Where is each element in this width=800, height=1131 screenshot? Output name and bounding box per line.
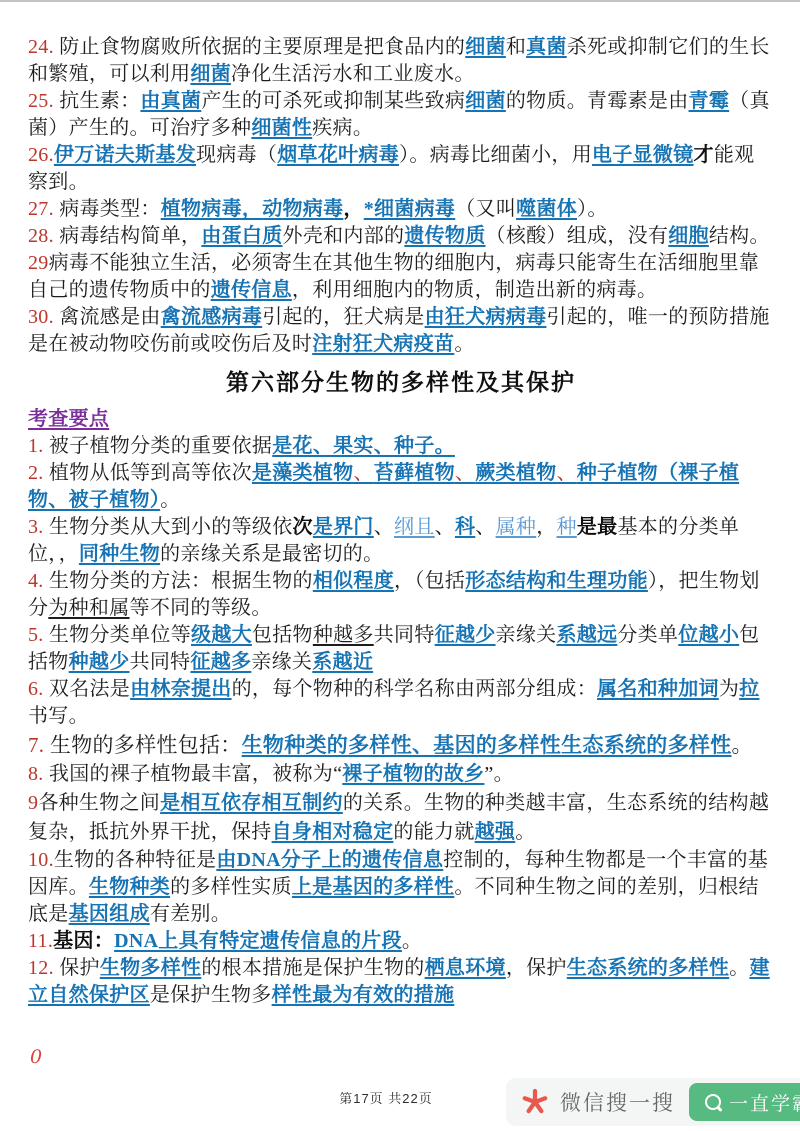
text-run: 伊万诺夫斯基发 (54, 144, 196, 166)
text-run: 细菌 (465, 36, 506, 58)
text-run: 。 (160, 489, 180, 511)
text-run: ）。 (577, 198, 608, 220)
text-run: 包括物 (252, 624, 313, 646)
text-run: 基因组成 (69, 903, 150, 925)
text-run: （核酸）组成，没有 (486, 225, 669, 247)
text-run: 生物分类从大到小的等级依 (49, 516, 293, 538)
wechat-search-watermark[interactable]: 微信搜一搜 一直学霸 (506, 1078, 800, 1126)
text-run: 11. (28, 930, 53, 952)
text-run: 、 (475, 516, 495, 538)
watermark-button-label: 一直学霸 (729, 1089, 800, 1116)
text-run: DNA上具有特定遗传信息的片段 (114, 930, 402, 952)
text-run: 由真菌 (140, 90, 201, 112)
text-run: 是界门 (313, 516, 374, 538)
item-12: 12. 保护生物多样性的根本措施是保护生物的栖息环境，保护生态系统的多样性。建立… (28, 955, 774, 1009)
item-2: 2. 植物从低等到高等依次是藻类植物、苔藓植物、蕨类植物、种子植物（裸子植物、被… (28, 460, 774, 514)
item-25: 25. 抗生素：由真菌产生的可杀死或抑制某些致病细菌的物质。青霉素是由青霉（真菌… (28, 88, 774, 142)
text-run: 书写。 (28, 705, 89, 727)
text-run: 29 (28, 252, 49, 274)
text-run: 等不同的等级。 (130, 597, 272, 619)
text-run: 各种生物之间 (38, 792, 160, 814)
item-11: 11.基因：DNA上具有特定遗传信息的片段。 (28, 928, 774, 955)
text-run: 纲且 (394, 516, 435, 538)
text-run: 拉 (739, 678, 759, 700)
text-run: 26. (28, 144, 54, 166)
text-run: 、 (455, 462, 475, 484)
text-run: 9 (28, 792, 38, 814)
text-run: 征越少 (435, 624, 496, 646)
item-8: 8. 我国的裸子植物最丰富，被称为“裸子植物的故乡”。 (28, 760, 774, 789)
text-run: 植物病毒， (161, 198, 263, 220)
text-run: 是保护生物多 (150, 984, 272, 1006)
text-run: 共同特 (374, 624, 435, 646)
item-26: 26.伊万诺夫斯基发现病毒（烟草花叶病毒）。病毒比细菌小，用电子显微镜才能观察到… (28, 142, 774, 196)
item-4: 4. 生物分类的方法：根据生物的相似程度，（包括形态结构和生理功能），把生物划分… (28, 568, 774, 622)
document-page: 24. 防止食物腐败所依据的主要原理是把食品内的细菌和真菌杀死或抑制它们的生长和… (0, 0, 800, 1131)
text-run: 6. (28, 678, 49, 700)
text-run: 细菌性 (251, 117, 312, 139)
text-run: 亲缘关 (251, 651, 312, 673)
document-content: 24. 防止食物腐败所依据的主要原理是把食品内的细菌和真菌杀死或抑制它们的生长和… (0, 2, 800, 1009)
text-run: 。 (402, 930, 422, 952)
text-run: 级越大 (191, 624, 252, 646)
text-run: 由DNA分子上的遗传信息 (216, 849, 443, 871)
text-run: 生态系统的多样性 (567, 957, 729, 979)
text-run: 疾病。 (312, 117, 373, 139)
text-run: 、 (374, 516, 394, 538)
item-24: 24. 防止食物腐败所依据的主要原理是把食品内的细菌和真菌杀死或抑制它们的生长和… (28, 34, 774, 88)
text-run: 征越多 (190, 651, 251, 673)
text-run: 的能力就 (393, 821, 474, 843)
text-run: ，保护 (506, 957, 567, 979)
text-run: 8. (28, 763, 49, 785)
item-30: 30. 禽流感是由禽流感病毒引起的，狂犬病是由狂犬病病毒引起的，唯一的预防措施是… (28, 304, 774, 358)
text-run: 电子显微镜 (592, 144, 694, 166)
text-run: 4. (28, 570, 49, 592)
text-run: 5. (28, 624, 49, 646)
text-run: 种越少 (69, 651, 130, 673)
text-run: 系越近 (312, 651, 373, 673)
text-run: 禽流感是由 (59, 306, 161, 328)
item-6: 6. 双名法是由林奈提出的，每个物种的科学名称由两部分组成：属名和种加词为拉书写… (28, 676, 774, 730)
text-run: 的根本措施是保护生物的 (201, 957, 424, 979)
text-run: 基因： (53, 930, 114, 952)
text-run: 科 (455, 516, 475, 538)
item-7: 7. 生物的多样性包括：生物种类的多样性、基因的多样性生态系统的多样性。 (28, 730, 774, 760)
text-run: 生物分类单位等 (49, 624, 191, 646)
text-run: 病毒类型： (59, 198, 161, 220)
text-run: 产生的可杀死或抑制某些致病 (201, 90, 465, 112)
text-run: 形态结构和生理功能 (465, 570, 648, 592)
text-run: 是相互依存相互制约 (160, 792, 343, 814)
text-run: 属种 (496, 516, 537, 538)
text-run: 细菌 (190, 63, 231, 85)
text-run: 遗传物质 (404, 225, 485, 247)
text-run: 苔藓植物 (374, 462, 455, 484)
text-run: 是藻类植物 (252, 462, 354, 484)
text-run: ，利用细胞内的物质，制造出新的病毒。 (292, 279, 657, 301)
text-run: 。 (729, 957, 749, 979)
text-run: 的物质。青霉素是由 (506, 90, 689, 112)
text-run: 种越多 (313, 624, 374, 646)
text-run: 的亲缘关系是最密切的。 (160, 543, 383, 565)
text-run: 25. (28, 90, 59, 112)
text-run: 生物种类 (89, 876, 170, 898)
text-run: 属名和种加词 (597, 678, 719, 700)
text-run: 同种生物 (79, 543, 160, 565)
text-run: 28. (28, 225, 59, 247)
text-run: *细菌病毒 (364, 198, 456, 220)
text-run: 1. (28, 435, 49, 457)
text-run: 引起的，狂犬病是 (262, 306, 424, 328)
search-icon (705, 1094, 721, 1110)
text-run: 有差别。 (150, 903, 231, 925)
item-9: 9各种生物之间是相互依存相互制约的关系。生物的种类越丰富，生态系统的结构越复杂，… (28, 789, 774, 847)
text-run: 分类单 (617, 624, 678, 646)
text-run: 相似程度 (313, 570, 394, 592)
text-run: 生物的各种特征是 (54, 849, 216, 871)
text-run: 12. (28, 957, 59, 979)
text-run: 、 (353, 462, 373, 484)
text-run: 系越远 (556, 624, 617, 646)
text-run: 种 (557, 516, 577, 538)
text-run: 细菌 (465, 90, 506, 112)
text-run: 抗生素： (59, 90, 140, 112)
text-run: 。 (454, 333, 474, 355)
text-run: 和 (506, 36, 526, 58)
text-run: 生物种类的多样性、基因的多样性生态系统的多样性 (242, 733, 732, 757)
text-run: 动物病毒 (262, 198, 343, 220)
text-run: 亲缘关 (496, 624, 557, 646)
text-run: 、 (556, 462, 576, 484)
watermark-search-button[interactable]: 一直学霸 (689, 1083, 800, 1121)
text-run: 蕨类植物 (475, 462, 556, 484)
text-run: ）。病毒比细菌小，用 (399, 144, 592, 166)
text-run: ，（包括 (394, 570, 465, 592)
text-run: 27. (28, 198, 59, 220)
text-run: 上是基因的多样性 (292, 876, 454, 898)
stray-red-mark: 0 (30, 1046, 42, 1068)
text-run: 生物的多样性包括： (50, 733, 242, 757)
item-27: 27. 病毒类型：植物病毒，动物病毒，*细菌病毒（又叫噬菌体）。 (28, 196, 774, 223)
text-run: 30. (28, 306, 59, 328)
text-run: 烟草花叶病毒 (277, 144, 399, 166)
text-run: 栖息环境 (425, 957, 506, 979)
text-run: ”。 (484, 763, 513, 785)
item-29: 29病毒不能独立生活，必须寄生在其他生物的细胞内，病毒只能寄生在活细胞里靠自己的… (28, 250, 774, 304)
text-run: 样性最为有效的措施 (272, 984, 455, 1006)
text-run: 。 (515, 821, 535, 843)
item-5: 5. 生物分类单位等级越大包括物种越多共同特征越少亲缘关系越远分类单位越小包括物… (28, 622, 774, 676)
text-run: 净化生活污水和工业废水。 (231, 63, 475, 85)
section-title: 第六部分生物的多样性及其保护 (28, 365, 774, 401)
exam-points-heading: 考查要点 (28, 406, 774, 433)
text-run: 生物分类的方法：根据生物的 (49, 570, 313, 592)
text-run: 噬菌体 (516, 198, 577, 220)
text-run: 由狂犬病病毒 (425, 306, 547, 328)
text-run: 遗传信息 (211, 279, 292, 301)
text-run: 保护 (59, 957, 100, 979)
text-run: 位越小 (678, 624, 739, 646)
text-run: ， (343, 198, 363, 220)
text-run: 共同特 (130, 651, 191, 673)
asterisk-icon (520, 1087, 550, 1117)
text-run: 3. (28, 516, 49, 538)
text-run: 生物多样性 (100, 957, 202, 979)
text-run: 是花、果实、种子。 (272, 435, 455, 457)
text-run: 双名法是 (49, 678, 130, 700)
text-run: 才 (694, 144, 714, 166)
text-run: 我国的裸子植物最丰富，被称为“ (49, 763, 342, 785)
watermark-brand-label: 微信搜一搜 (560, 1087, 675, 1117)
text-run: 病毒结构简单， (59, 225, 201, 247)
item-3: 3. 生物分类从大到小的等级依次是界门、纲且、科、属种，种是最基本的分类单位，，… (28, 514, 774, 568)
text-run: 的，每个物种的科学名称由两部分组成： (232, 678, 597, 700)
text-run: 7. (28, 733, 50, 757)
text-run: 10. (28, 849, 54, 871)
text-run: 细胞 (668, 225, 709, 247)
text-run: 次 (293, 516, 313, 538)
text-run: 被子植物分类的重要依据 (49, 435, 272, 457)
text-run: 禽流感病毒 (161, 306, 263, 328)
text-run: 真菌 (526, 36, 567, 58)
text-run: （又叫 (455, 198, 516, 220)
text-run: 是最 (577, 516, 618, 538)
item-28: 28. 病毒结构简单，由蛋白质外壳和内部的遗传物质（核酸）组成，没有细胞结构。 (28, 223, 774, 250)
text-run: 自身相对稳定 (272, 821, 394, 843)
text-run: 为种和属 (48, 597, 129, 619)
text-run: 由蛋白质 (201, 225, 282, 247)
text-run: 植物从低等到高等依次 (49, 462, 252, 484)
text-run: 外壳和内部的 (283, 225, 405, 247)
text-run: 考查要点 (28, 408, 109, 430)
item-10: 10.生物的各种特征是由DNA分子上的遗传信息控制的，每种生物都是一个丰富的基因… (28, 847, 774, 928)
text-run: 由林奈提出 (130, 678, 232, 700)
text-run: 现病毒（ (196, 144, 277, 166)
text-run: 注射狂犬病疫苗 (312, 333, 454, 355)
text-run: 裸子植物的故乡 (342, 763, 484, 785)
page-number: 第17页 共22页 (339, 1091, 433, 1106)
text-run: 防止食物腐败所依据的主要原理是把食品内的 (59, 36, 465, 58)
text-run: 、 (435, 516, 455, 538)
text-run: 为 (719, 678, 739, 700)
text-run: 青霉 (689, 90, 730, 112)
text-run: ， (536, 516, 556, 538)
text-run: 的多样性实质 (170, 876, 292, 898)
text-run: 2. (28, 462, 49, 484)
item-1: 1. 被子植物分类的重要依据是花、果实、种子。 (28, 433, 774, 460)
text-run: 。 (732, 733, 753, 757)
text-run: 结构。 (709, 225, 770, 247)
text-run: 越强 (475, 821, 516, 843)
text-run: 24. (28, 36, 59, 58)
